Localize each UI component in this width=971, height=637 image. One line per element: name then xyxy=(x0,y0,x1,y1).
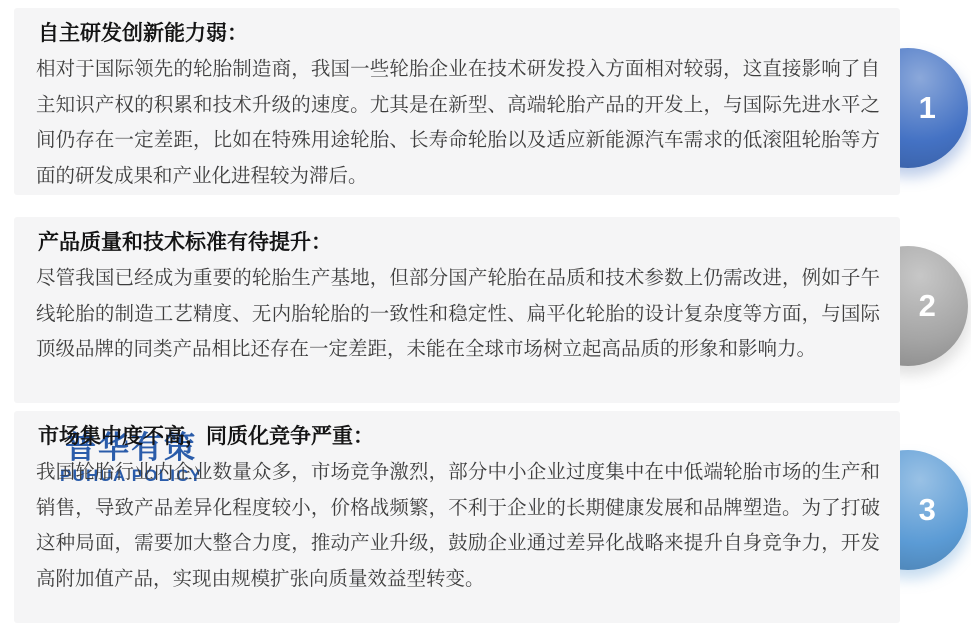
step-2-heading: 产品质量和技术标准有待提升： xyxy=(38,227,880,258)
step-1-body: 相对于国际领先的轮胎制造商，我国一些轮胎企业在技术研发投入方面相对较弱，这直接影… xyxy=(36,52,880,194)
step-list-infographic: 1 2 3 自主研发创新能力弱： 相对于国际领先的轮胎制造商，我国一些轮胎企业在… xyxy=(0,0,971,637)
step-1-card: 自主研发创新能力弱： 相对于国际领先的轮胎制造商，我国一些轮胎企业在技术研发投入… xyxy=(14,8,900,195)
step-1-heading: 自主研发创新能力弱： xyxy=(38,18,880,49)
step-2-number: 2 xyxy=(919,288,936,324)
step-3-heading: 市场集中度不高，同质化竞争严重： xyxy=(38,421,880,452)
step-2-card: 产品质量和技术标准有待提升： 尽管我国已经成为重要的轮胎生产基地，但部分国产轮胎… xyxy=(14,217,900,403)
step-2-body: 尽管我国已经成为重要的轮胎生产基地，但部分国产轮胎在品质和技术参数上仍需改进，例… xyxy=(36,261,880,368)
step-3-card: 普华有策 PUHUA POLICY 市场集中度不高，同质化竞争严重： 我国轮胎行… xyxy=(14,411,900,623)
step-3-body: 我国轮胎行业内企业数量众多，市场竞争激烈，部分中小企业过度集中在中低端轮胎市场的… xyxy=(36,455,880,597)
step-1-number: 1 xyxy=(919,90,936,126)
step-3-number: 3 xyxy=(919,492,936,528)
